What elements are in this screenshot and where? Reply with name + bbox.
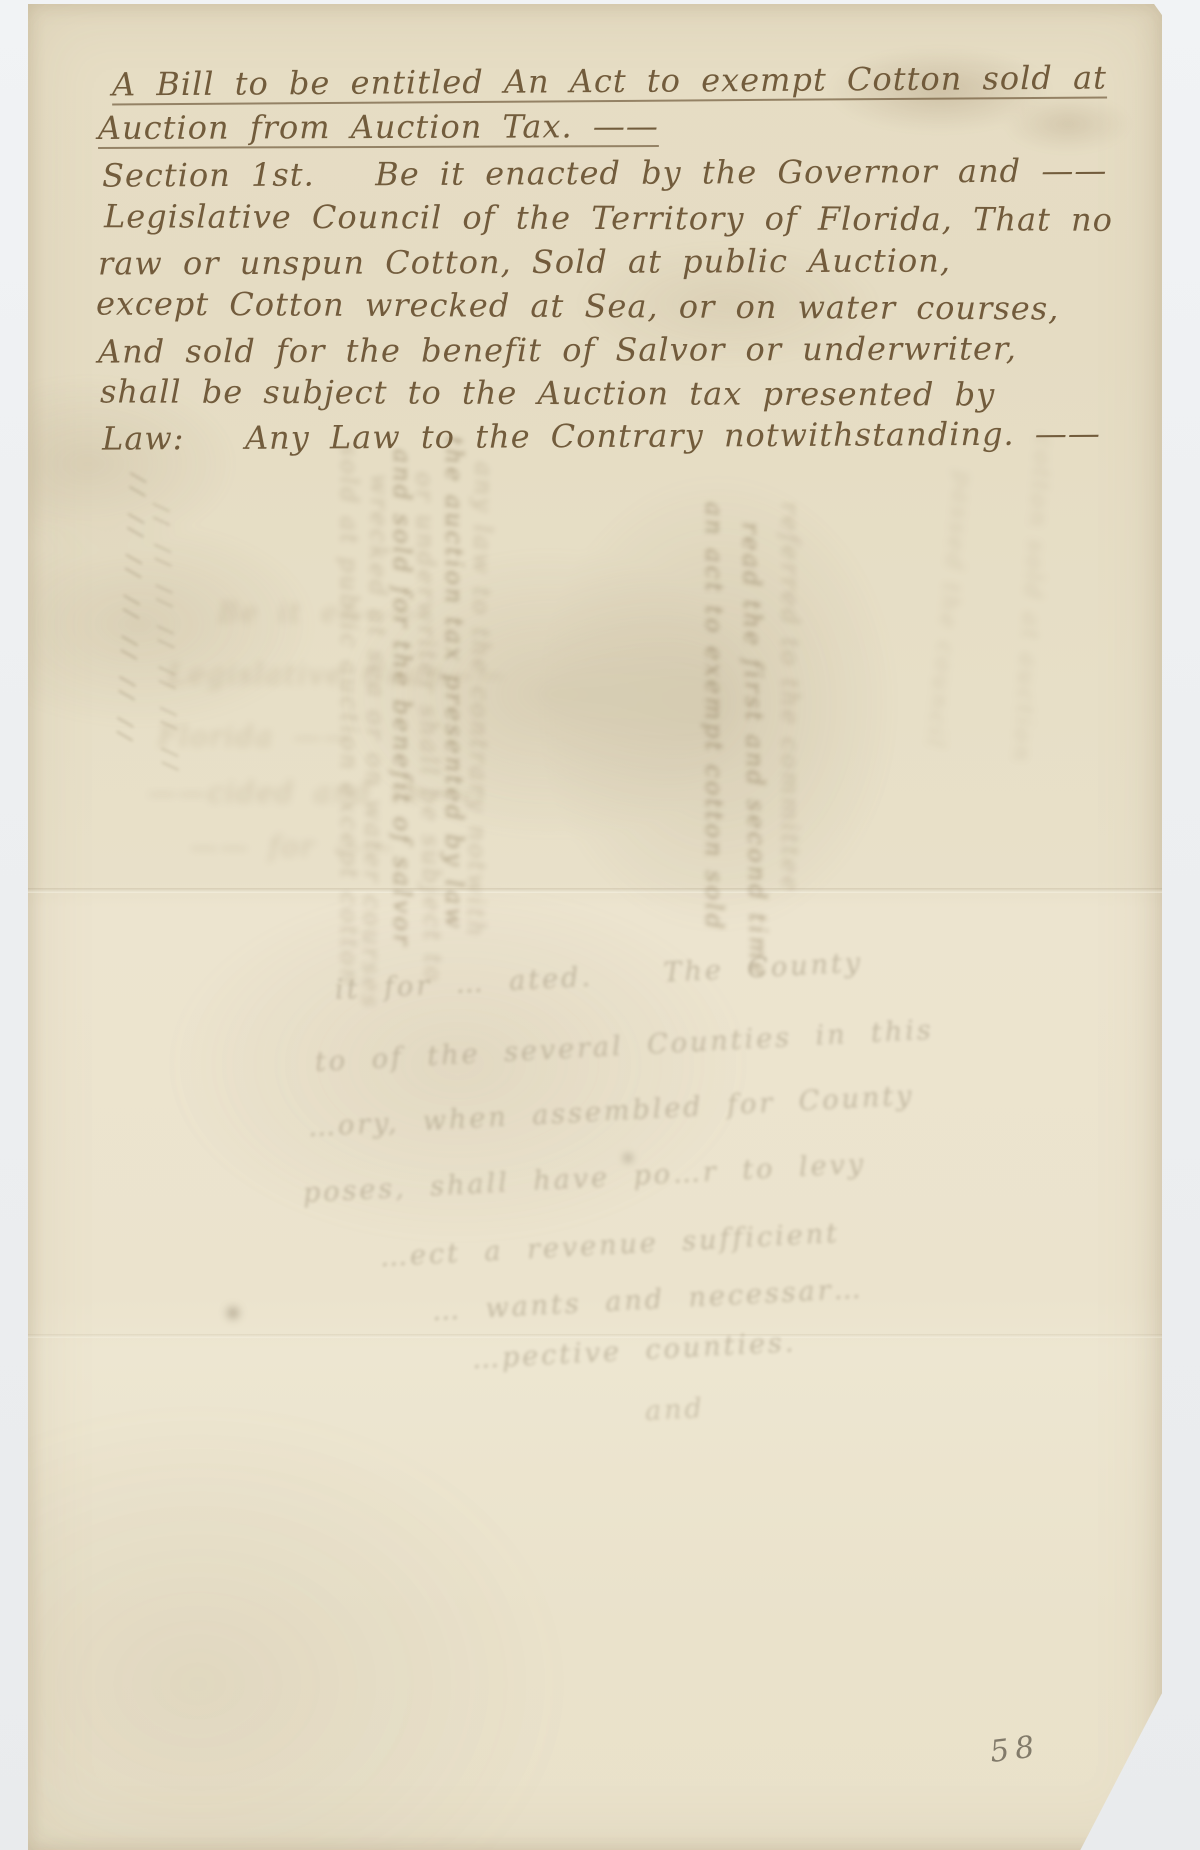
page-number-pencil: 58 <box>988 1729 1042 1770</box>
pencil-ghost-line: … wants and necessar… <box>431 1273 864 1327</box>
manuscript-line-6: shall be subject to the Auction tax pres… <box>100 372 995 413</box>
bleedthrough-margin-marks: ∕∕ ∕∕ ∕∕ ∕∕ ∕∕ ∕∕ ∕∕ <box>105 474 151 895</box>
manuscript-paper: A Bill to be entitled An Act to exempt C… <box>28 4 1162 1850</box>
bill-title-line-2: Auction from Auction Tax. —— <box>98 107 659 147</box>
manuscript-line-1: Section 1st. Be it enacted by the Govern… <box>102 151 1107 194</box>
pencil-ghost-line: it for … ated. The County <box>334 947 864 1006</box>
bleedthrough-column: referred to the committee <box>776 502 804 902</box>
manuscript-line-5: And sold for the benefit of Salvor or un… <box>98 329 1017 370</box>
pencil-ghost-line: …ory, when assembled for County <box>307 1080 915 1143</box>
bleedthrough-column: an act to exempt cotton sold <box>700 502 728 902</box>
bleedthrough-fragment: Florida —— <box>158 720 353 753</box>
pencil-ghost-line: poses, shall have po…r to levy <box>302 1149 867 1209</box>
pencil-ghost-line: and <box>644 1393 705 1427</box>
pencil-ghost-line: …ect a revenue sufficient <box>379 1218 841 1273</box>
bleedthrough-fragment: ——cided and re—— <box>148 776 485 809</box>
manuscript-line-3: raw or unspun Cotton, Sold at public Auc… <box>98 242 951 283</box>
pencil-ghost-line: …pective counties. <box>471 1327 797 1375</box>
pencil-ghost-line: to of the several Counties in this <box>314 1015 934 1078</box>
bleedthrough-fragment: Legislative Coun—— <box>168 658 506 691</box>
bleedthrough-column: passed the council <box>910 470 978 851</box>
manuscript-line-4: except Cotton wrecked at Sea, or on wate… <box>96 284 1060 327</box>
bleedthrough-column: read the first and second time <box>737 522 772 902</box>
bleedthrough-fragment: Be it en—— <box>218 596 420 629</box>
fold-crease-upper <box>28 888 1162 893</box>
bill-title-line-1: A Bill to be entitled An Act to exempt C… <box>112 59 1107 104</box>
bleedthrough-column: cotton sold at auction <box>1002 434 1058 835</box>
scan-background: A Bill to be entitled An Act to exempt C… <box>0 0 1200 1850</box>
manuscript-line-7: Law: Any Law to the Contrary notwithstan… <box>102 414 1101 457</box>
manuscript-line-2: Legislative Council of the Territory of … <box>104 197 1113 239</box>
bleedthrough-fragment: —— for —— <box>190 830 394 863</box>
